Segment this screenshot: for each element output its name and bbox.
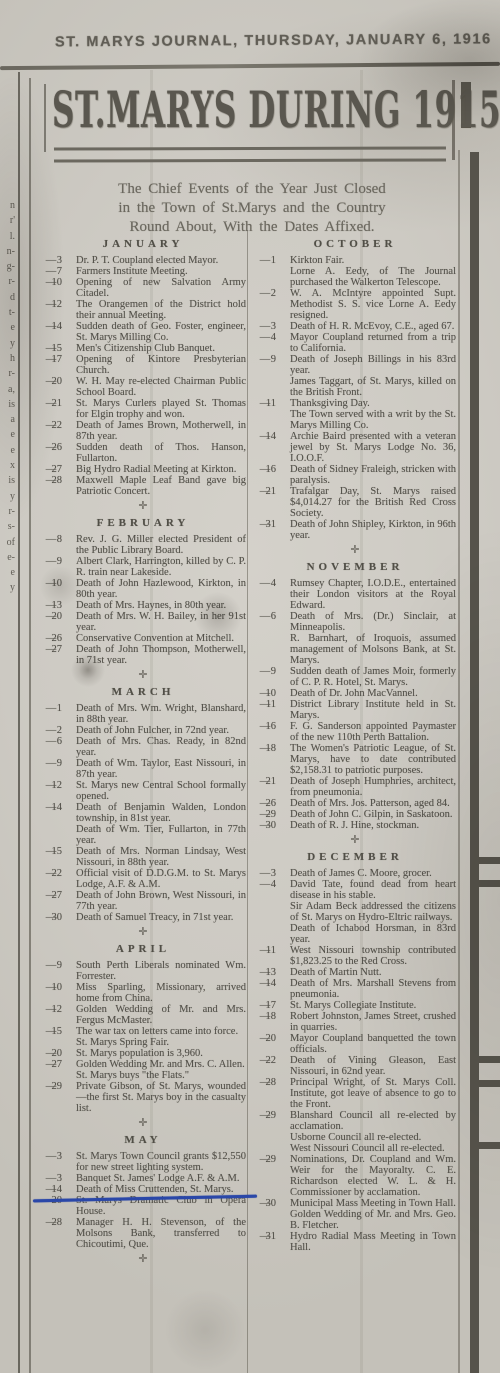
edge-text-fragment: r- — [0, 504, 15, 519]
event-dash: — — [62, 464, 76, 475]
event-entry: 21—Death of Joseph Humphries, architect,… — [254, 776, 456, 798]
event-dash: — — [276, 688, 290, 699]
event-dash: — — [62, 343, 76, 354]
event-dash: — — [62, 611, 76, 622]
masthead-rule — [0, 62, 500, 70]
event-entry: 14—Archie Baird presented with a veteran… — [254, 431, 456, 464]
event-entry: James Taggart, of St. Marys, killed on t… — [254, 376, 456, 398]
event-entry: 29—Private Gibson, of St. Marys, wounded… — [40, 1081, 246, 1114]
event-dash: — — [276, 288, 290, 299]
event-dash: — — [276, 721, 290, 732]
month-header: APRIL — [40, 943, 246, 955]
month-divider-cross: ✛ — [254, 833, 456, 847]
month-divider-cross: ✛ — [254, 543, 456, 557]
event-dash: — — [276, 1011, 290, 1022]
event-entry: St. Marys buys "the Flats." — [40, 1070, 246, 1081]
month-header: JANUARY — [40, 238, 246, 250]
event-entry: 14—Death of Miss Cruttenden, St. Marys. — [40, 1184, 246, 1195]
event-entry: Lorne A. Eedy, of The Journal purchased … — [254, 266, 456, 288]
event-dash: — — [276, 798, 290, 809]
event-dash: — — [62, 1173, 76, 1184]
edge-text-fragment: e- — [0, 550, 15, 565]
event-entry: 1—Death of Mrs. Wm. Wright, Blanshard, i… — [40, 703, 246, 725]
event-dash: — — [62, 846, 76, 857]
event-dash: — — [62, 1151, 76, 1162]
event-dash: — — [62, 578, 76, 589]
month-section-december: DECEMBER3—Death of James C. Moore, groce… — [254, 851, 456, 1253]
event-entry: The Town served with a writ by the St. M… — [254, 409, 456, 431]
event-entry: 26—Death of Mrs. Jos. Patterson, aged 84… — [254, 798, 456, 809]
event-entry: 28—Maxwell Maple Leaf Band gave big Patr… — [40, 475, 246, 497]
event-dash: — — [276, 1231, 290, 1242]
edge-crossbar — [470, 857, 500, 864]
edge-crossbar — [470, 1142, 500, 1149]
event-dash: — — [62, 868, 76, 879]
event-dash: — — [276, 431, 290, 442]
event-entry: 14—Sudden death of Geo. Foster, engineer… — [40, 321, 246, 343]
edge-text-fragment: a — [0, 412, 15, 427]
event-entry: 20—W. H. May re-elected Chairman Public … — [40, 376, 246, 398]
event-entry: 10—Miss Sparling, Missionary, arrived ho… — [40, 982, 246, 1004]
event-entry: 14—Death of Mrs. Marshall Stevens from p… — [254, 978, 456, 1000]
edge-text-fragment: y — [0, 580, 15, 595]
edge-text-fragment: n — [0, 198, 15, 213]
event-dash: — — [276, 1198, 290, 1209]
event-entry: 22—Official visit of D.D.G.M. to St. Mar… — [40, 868, 246, 890]
event-dash: — — [62, 354, 76, 365]
event-entry: 20—Mayor Coupland banquetted the town of… — [254, 1033, 456, 1055]
edge-text-fragment: n- — [0, 244, 15, 259]
column-right: OCTOBER1—Kirkton Fair.Lorne A. Eedy, of … — [254, 234, 456, 1253]
event-entry: 9—Sudden death of James Moir, formerly o… — [254, 666, 456, 688]
event-entry: 10—Death of Dr. John MacVannel. — [254, 688, 456, 699]
event-entry: 27—Golden Wedding Mr. and Mrs. C. Allen. — [40, 1059, 246, 1070]
edge-text-fragment: a, — [0, 382, 15, 397]
month-section-october: OCTOBER1—Kirkton Fair.Lorne A. Eedy, of … — [254, 238, 456, 541]
event-entry: Sir Adam Beck addressed the citizens of … — [254, 901, 456, 923]
month-divider-cross: ✛ — [40, 668, 246, 682]
event-dash: — — [62, 420, 76, 431]
event-dash: — — [62, 960, 76, 971]
event-entry: 29—Death of John C. Gilpin, in Saskatoon… — [254, 809, 456, 820]
event-dash: — — [62, 277, 76, 288]
event-entry: 14—Death of Benjamin Walden, London town… — [40, 802, 246, 824]
event-entry: 11—West Nissouri township contributed $1… — [254, 945, 456, 967]
month-section-november: NOVEMBER4—Rumsey Chapter, I.O.D.E., ente… — [254, 561, 456, 831]
event-dash: — — [62, 376, 76, 387]
edge-text-fragment: s- — [0, 519, 15, 534]
article-left-border — [29, 78, 31, 1373]
event-entry: 9—Albert Clark, Harrington, killed by C.… — [40, 556, 246, 578]
event-entry: 15—Death of Mrs. Norman Lindsay, West Ni… — [40, 846, 246, 868]
event-dash: — — [276, 809, 290, 820]
event-entry: 3—Death of James C. Moore, grocer. — [254, 868, 456, 879]
event-dash: — — [276, 332, 290, 343]
edge-text-fragment: x — [0, 458, 15, 473]
event-entry: 9—South Perth Liberals nominated Wm. For… — [40, 960, 246, 982]
event-dash: — — [276, 945, 290, 956]
month-divider-cross: ✛ — [40, 499, 246, 513]
event-dash: — — [276, 464, 290, 475]
month-section-april: APRIL9—South Perth Liberals nominated Wm… — [40, 943, 246, 1114]
event-entry: 4—Rumsey Chapter, I.O.D.E., entertained … — [254, 578, 456, 611]
edge-text-fragment: y — [0, 489, 15, 504]
event-entry: 31—Death of John Shipley, Kirkton, in 96… — [254, 519, 456, 541]
event-dash: — — [62, 736, 76, 747]
edge-text-fragment: r- — [0, 366, 15, 381]
subtitle-line: in the Town of St.Marys and the Country — [68, 199, 436, 218]
event-entry: 13—Death of Mrs. Haynes, in 80th year. — [40, 600, 246, 611]
event-entry: 6—Death of Mrs. Chas. Ready, in 82nd yea… — [40, 736, 246, 758]
edge-text-fragment: l. — [0, 229, 15, 244]
month-header: MARCH — [40, 686, 246, 698]
edge-text-fragment: e — [0, 565, 15, 580]
event-dash: — — [62, 442, 76, 453]
event-dash: — — [276, 255, 290, 266]
month-header: MAY — [40, 1134, 246, 1146]
event-entry: St. Marys Spring Fair. — [40, 1037, 246, 1048]
event-dash: — — [276, 820, 290, 831]
edge-crossbar — [470, 1056, 500, 1063]
event-entry: 22—Death of Vining Gleason, East Nissour… — [254, 1055, 456, 1077]
event-entry: 17—St. Marys Collegiate Institute. — [254, 1000, 456, 1011]
event-entry: 29—Nominations, Dr. Coupland and Wm. Wei… — [254, 1154, 456, 1198]
event-entry: 17—Opening of Kintore Presbyterian Churc… — [40, 354, 246, 376]
event-dash: — — [276, 978, 290, 989]
month-section-may: MAY3—St. Marys Town Council grants $12,5… — [40, 1134, 246, 1250]
edge-text-fragment: y — [0, 336, 15, 351]
event-entry: 21—St. Marys Curlers played St. Thomas f… — [40, 398, 246, 420]
event-dash: — — [276, 1154, 290, 1165]
event-dash: — — [276, 321, 290, 332]
event-dash: — — [62, 255, 76, 266]
event-entry: 26—Sudden death of Thos. Hanson, Fullart… — [40, 442, 246, 464]
masthead: ST. MARYS JOURNAL, THURSDAY, JANUARY 6, … — [55, 32, 455, 51]
event-entry: Death of Ichabod Horsman, in 83rd year. — [254, 923, 456, 945]
event-entry: 16—F. G. Sanderson appointed Paymaster o… — [254, 721, 456, 743]
event-entry: 18—The Women's Patriotic League, of St. … — [254, 743, 456, 776]
event-entry: 8—Rev. J. G. Miller elected President of… — [40, 534, 246, 556]
event-dash: — — [62, 1004, 76, 1015]
month-section-january: JANUARY3—Dr. P. T. Coupland elected Mayo… — [40, 238, 246, 497]
event-dash: — — [276, 354, 290, 365]
edge-text-fragment: of — [0, 535, 15, 550]
event-entry: West Nissouri Council all re-elected. — [254, 1143, 456, 1154]
event-dash: — — [62, 982, 76, 993]
event-entry: Golden Wedding of Mr. and Mrs. Geo. B. F… — [254, 1209, 456, 1231]
event-dash: — — [276, 1000, 290, 1011]
event-entry: 27—Big Hydro Radial Meeting at Kirkton. — [40, 464, 246, 475]
event-entry: 11—District Library Institute held in St… — [254, 699, 456, 721]
event-dash: — — [276, 611, 290, 622]
newspaper-page: ST. MARYS JOURNAL, THURSDAY, JANUARY 6, … — [0, 0, 500, 1373]
event-dash: — — [276, 398, 290, 409]
event-dash: — — [62, 1059, 76, 1070]
month-header: FEBRUARY — [40, 517, 246, 529]
event-entry: 20—Death of Mrs. W. H. Bailey, in her 91… — [40, 611, 246, 633]
headline: ST.MARYS DURING 1915 — [52, 80, 300, 142]
event-dash: — — [62, 321, 76, 332]
headline-rule — [54, 146, 446, 162]
event-entry: 13—Death of Martin Nutt. — [254, 967, 456, 978]
event-entry: 28—Manager H. H. Stevenson, of the Molso… — [40, 1217, 246, 1250]
edge-text-fragment: r' — [0, 213, 15, 228]
left-edge-fragments: nr'l.n-g-r-dt-eyhr-a,isaeexisyr-s-ofe-ey — [0, 198, 15, 596]
event-dash: — — [62, 1081, 76, 1092]
event-dash: — — [62, 398, 76, 409]
month-section-march: MARCH1—Death of Mrs. Wm. Wright, Blansha… — [40, 686, 246, 923]
event-dash: — — [62, 802, 76, 813]
month-header: DECEMBER — [254, 851, 456, 863]
event-entry: 20—St. Marys population is 3,960. — [40, 1048, 246, 1059]
right-edge-rule — [470, 152, 479, 1373]
event-dash: — — [62, 644, 76, 655]
edge-text-fragment: g- — [0, 259, 15, 274]
event-entry: 29—Blanshard Council all re-elected by a… — [254, 1110, 456, 1132]
event-entry: 9—Death of Joseph Billings in his 83rd y… — [254, 354, 456, 376]
event-dash: — — [276, 519, 290, 530]
event-entry: 15—The war tax on letters came into forc… — [40, 1026, 246, 1037]
event-dash: — — [62, 703, 76, 714]
event-entry: 3—Banquet St. James' Lodge A.F. & A.M. — [40, 1173, 246, 1184]
event-dash: — — [62, 1026, 76, 1037]
event-dash: — — [276, 1110, 290, 1121]
event-dash: — — [276, 967, 290, 978]
event-entry: 1—Kirkton Fair. — [254, 255, 456, 266]
subtitle-line: The Chief Events of the Year Just Closed — [68, 180, 436, 199]
event-entry: 27—Death of John Thompson, Motherwell, i… — [40, 644, 246, 666]
event-entry: 30—Death of Samuel Treacy, in 71st year. — [40, 912, 246, 923]
month-divider-cross: ✛ — [40, 925, 246, 939]
event-entry: 12—St. Marys new Central School formally… — [40, 780, 246, 802]
right-column-border — [458, 150, 460, 1373]
edge-text-fragment: is — [0, 397, 15, 412]
event-dash: — — [62, 758, 76, 769]
event-entry: 22—Death of James Brown, Motherwell, in … — [40, 420, 246, 442]
edge-text-fragment: is — [0, 473, 15, 488]
event-entry: 6—Death of Mrs. (Dr.) Sinclair, at Minne… — [254, 611, 456, 633]
headline-box-left-border — [44, 84, 46, 152]
event-dash: — — [276, 578, 290, 589]
event-dash: — — [276, 776, 290, 787]
event-entry: 12—Golden Wedding of Mr. and Mrs. Fergus… — [40, 1004, 246, 1026]
event-entry: 27—Death of John Brown, West Nissouri, i… — [40, 890, 246, 912]
event-entry: 10—Opening of new Salvation Army Citadel… — [40, 277, 246, 299]
edge-text-fragment: e — [0, 427, 15, 442]
event-dash: — — [276, 486, 290, 497]
event-dash: — — [62, 890, 76, 901]
event-entry: 2—W. A. McIntyre appointed Supt. Methodi… — [254, 288, 456, 321]
event-entry: 10—Death of John Hazlewood, Kirkton, in … — [40, 578, 246, 600]
event-dash: — — [276, 666, 290, 677]
event-entry: 3—Dr. P. T. Coupland elected Mayor. — [40, 255, 246, 266]
event-entry: 2—Death of John Fulcher, in 72nd year. — [40, 725, 246, 736]
event-entry: Usborne Council all re-elected. — [254, 1132, 456, 1143]
event-entry: 7—Farmers Institute Meeting. — [40, 266, 246, 277]
column-left: JANUARY3—Dr. P. T. Coupland elected Mayo… — [40, 234, 246, 1268]
event-dash: — — [276, 879, 290, 890]
column-divider-rule — [247, 230, 248, 1373]
edge-text-fragment: e — [0, 443, 15, 458]
event-entry: 28—Principal Wright, of St. Marys Coll. … — [254, 1077, 456, 1110]
event-dash: — — [276, 1077, 290, 1088]
event-entry: 4—David Tate, found dead from heart dise… — [254, 879, 456, 901]
event-entry: 26—Conservative Convention at Mitchell. — [40, 633, 246, 644]
event-entry: 3—St. Marys Town Council grants $12,550 … — [40, 1151, 246, 1173]
edge-text-fragment: r- — [0, 274, 15, 289]
event-dash: — — [62, 475, 76, 486]
month-header: NOVEMBER — [254, 561, 456, 573]
event-dash: — — [276, 1055, 290, 1066]
subtitle: The Chief Events of the Year Just Closed… — [68, 180, 436, 237]
event-dash: — — [62, 299, 76, 310]
event-dash: — — [62, 600, 76, 611]
edge-text-fragment: h — [0, 351, 15, 366]
left-edge-rule — [18, 72, 20, 1373]
event-entry: 30—Death of R. J. Hine, stockman. — [254, 820, 456, 831]
event-entry: 18—Robert Johnston, James Street, crushe… — [254, 1011, 456, 1033]
event-dash: — — [62, 725, 76, 736]
event-dash: — — [62, 912, 76, 923]
event-dash: — — [62, 556, 76, 567]
month-divider-cross: ✛ — [40, 1116, 246, 1130]
event-dash: — — [276, 1033, 290, 1044]
month-header: OCTOBER — [254, 238, 456, 250]
event-entry: 3—Death of H. R. McEvoy, C.E., aged 67. — [254, 321, 456, 332]
month-divider-cross: ✛ — [40, 1252, 246, 1266]
event-dash: — — [62, 534, 76, 545]
event-dash: — — [62, 1184, 76, 1195]
edge-text-fragment: t- — [0, 305, 15, 320]
event-dash: — — [62, 780, 76, 791]
event-dash: — — [276, 743, 290, 754]
event-entry: 12—The Orangemen of the District hold th… — [40, 299, 246, 321]
event-entry: 4—Mayor Coupland returned from a trip to… — [254, 332, 456, 354]
event-entry: R. Barnhart, of Iroquois, assumed manage… — [254, 633, 456, 666]
event-entry: 11—Thanksgiving Day. — [254, 398, 456, 409]
event-dash: — — [62, 1048, 76, 1059]
edge-text-fragment: d — [0, 290, 15, 305]
event-entry: 21—Trafalgar Day, St. Marys raised $4,01… — [254, 486, 456, 519]
event-dash: — — [276, 699, 290, 710]
event-dash: — — [62, 633, 76, 644]
event-entry: 16—Death of Sidney Fraleigh, stricken wi… — [254, 464, 456, 486]
event-entry: 31—Hydro Radial Mass Meeting in Town Hal… — [254, 1231, 456, 1253]
event-entry: Death of Wm. Tier, Fullarton, in 77th ye… — [40, 824, 246, 846]
edge-crossbar — [470, 880, 500, 887]
event-entry: 30—Municipal Mass Meeting in Town Hall. — [254, 1198, 456, 1209]
edge-crossbar — [470, 1080, 500, 1087]
event-entry: 9—Death of Wm. Taylor, East Nissouri, in… — [40, 758, 246, 780]
event-dash: — — [62, 1217, 76, 1228]
month-section-february: FEBRUARY8—Rev. J. G. Miller elected Pres… — [40, 517, 246, 666]
event-dash: — — [276, 868, 290, 879]
event-dash: — — [62, 266, 76, 277]
edge-text-fragment: e — [0, 320, 15, 335]
event-entry: 15—Men's Citizenship Club Banquet. — [40, 343, 246, 354]
